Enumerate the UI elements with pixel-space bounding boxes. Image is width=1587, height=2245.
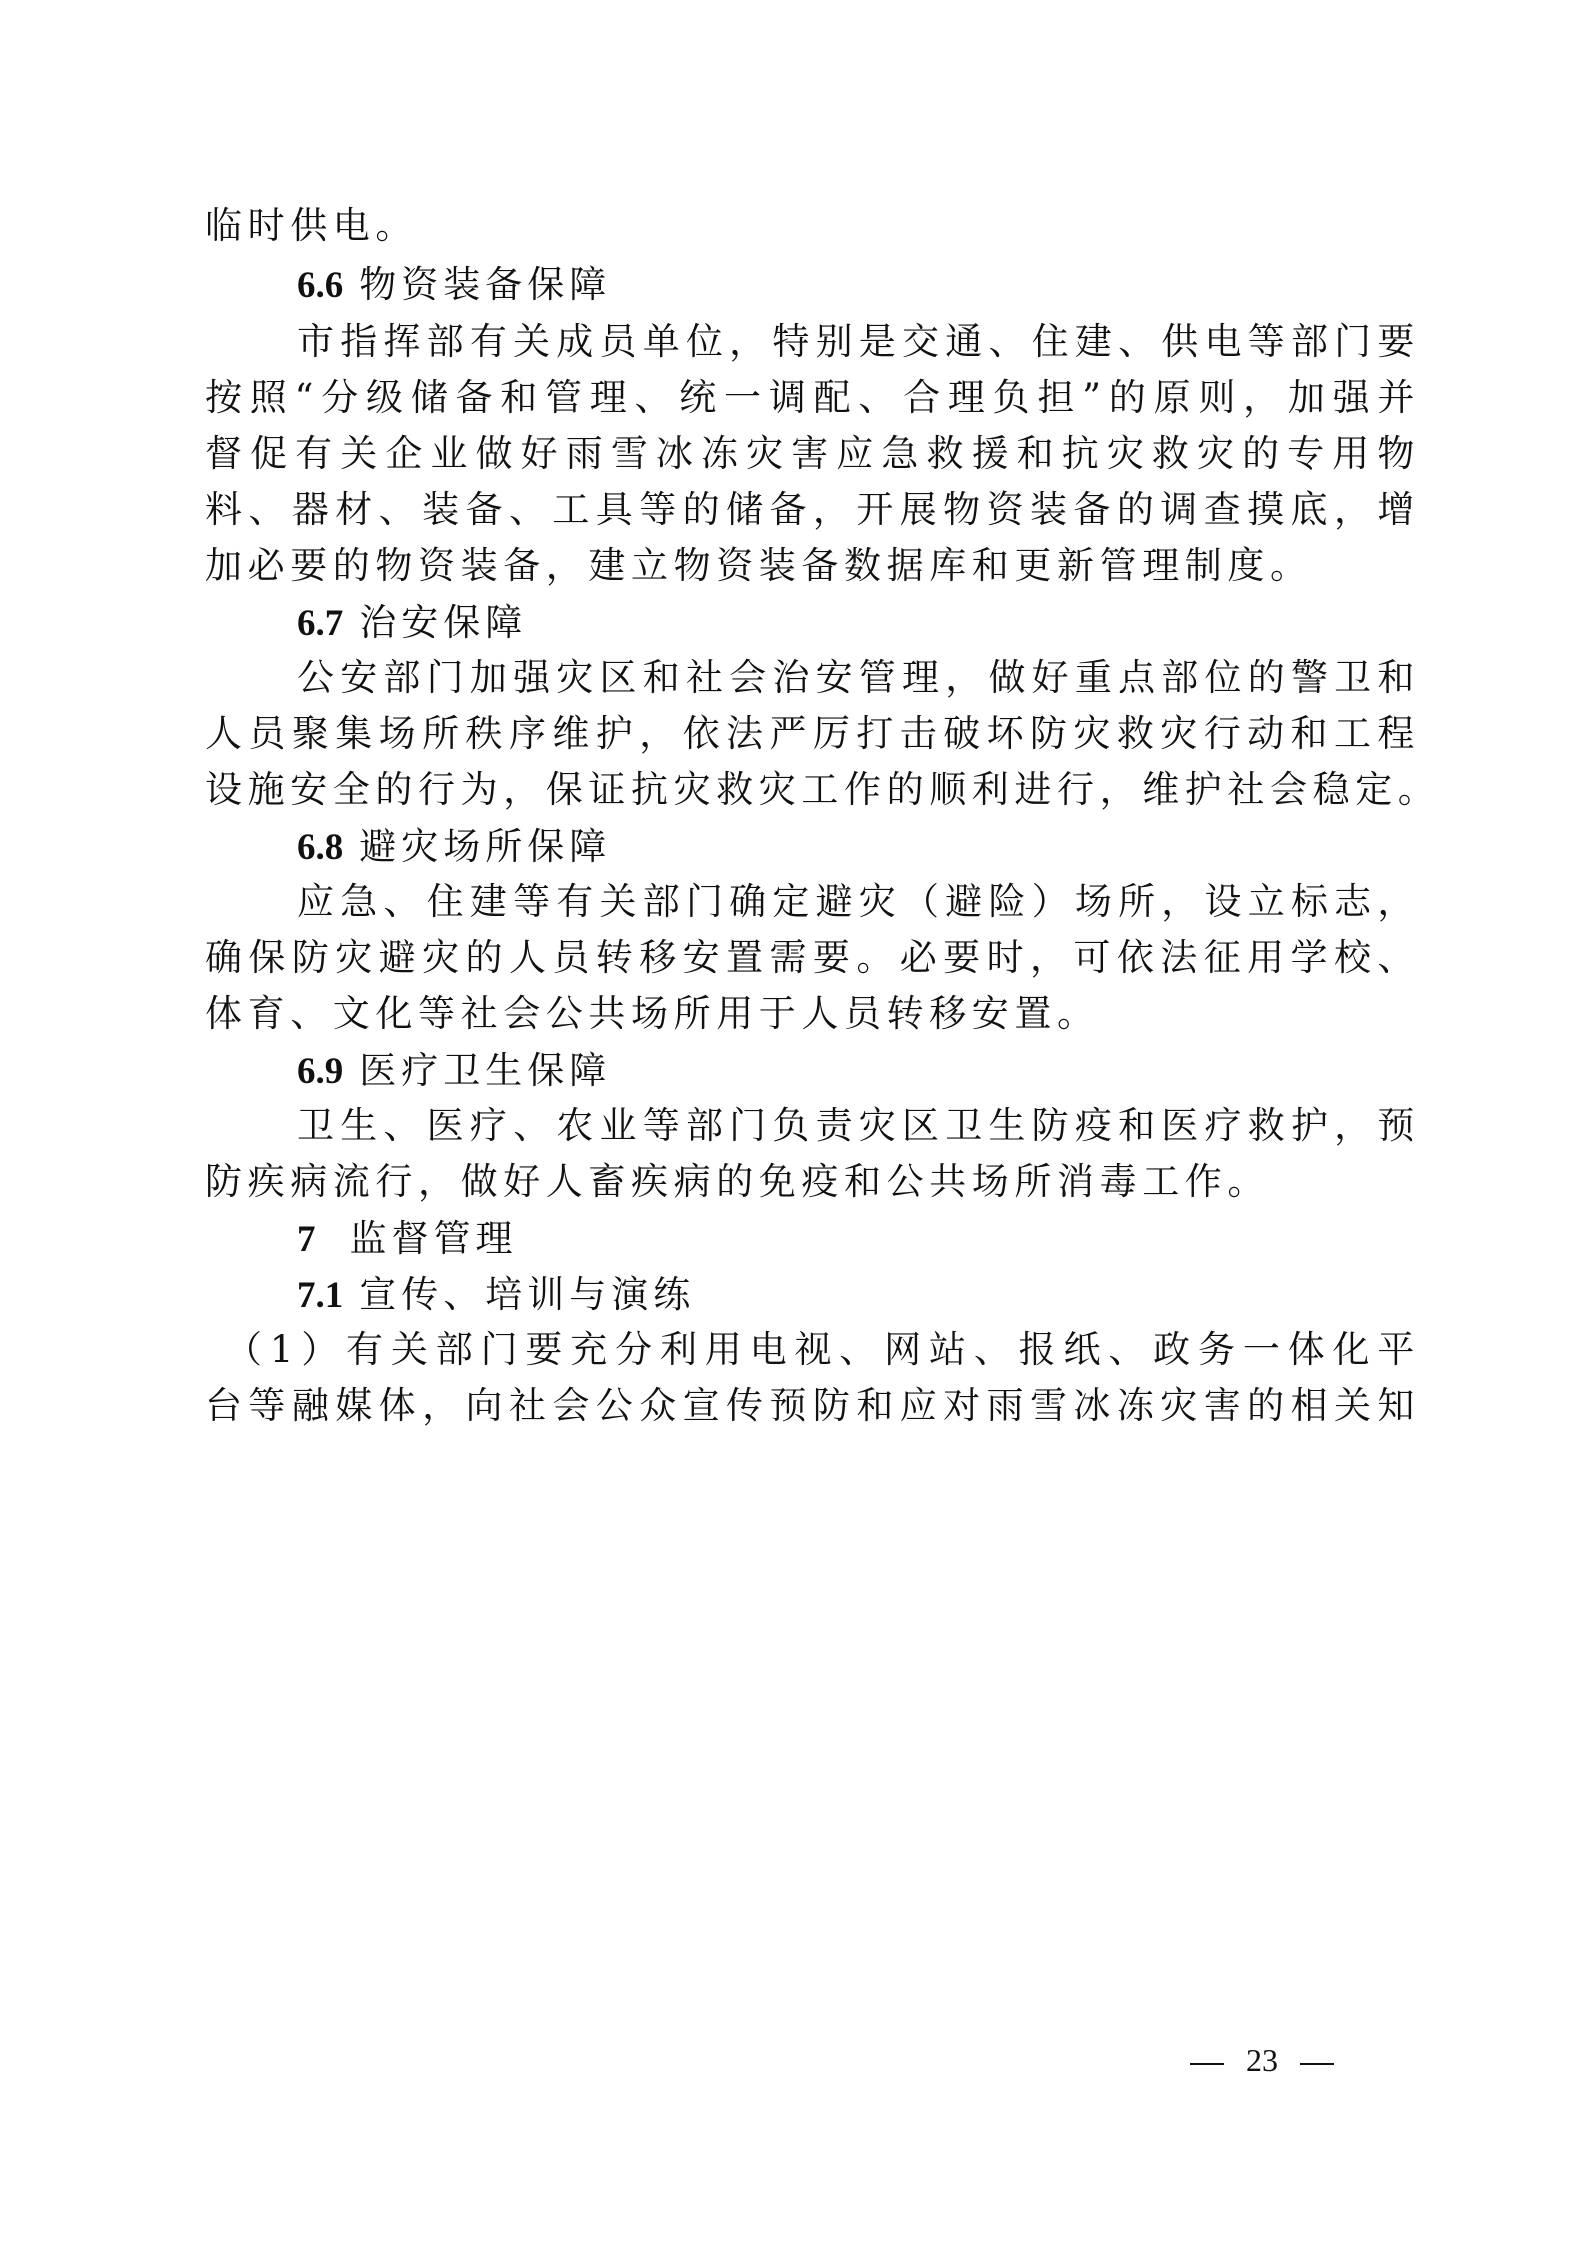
section-title: 治安保障 (359, 601, 527, 644)
section-heading-6-7: 6.7治安保障 (297, 596, 527, 650)
chapter-number: 7 (297, 1219, 316, 1260)
page-number: 23 (1246, 2042, 1278, 2078)
paragraph-line: 料、器材、装备、工具等的储备，开展物资装备的调查摸底，增 (205, 484, 1420, 536)
paragraph-line: 市指挥部有关成员单位，特别是交通、住建、供电等部门要 (297, 316, 1420, 368)
chapter-title: 监督管理 (350, 1217, 518, 1260)
section-number: 6.9 (297, 1051, 343, 1092)
section-heading-6-9: 6.9医疗卫生保障 (297, 1044, 611, 1098)
section-heading-7-1: 7.1宣传、培训与演练 (297, 1268, 695, 1322)
section-number: 6.7 (297, 603, 343, 644)
page-number-footer: 23 (1190, 2040, 1334, 2080)
section-title: 医疗卫生保障 (359, 1049, 611, 1092)
paragraph-line: 体育、文化等社会公共场所用于人员转移安置。 (205, 988, 1420, 1040)
section-heading-6-8: 6.8避灾场所保障 (297, 820, 611, 874)
paragraph-line: 确保防灾避灾的人员转移安置需要。必要时，可依法征用学校、 (205, 932, 1420, 984)
paragraph-line: 临时供电。 (205, 200, 1420, 252)
section-number: 6.6 (297, 265, 343, 306)
dash-decoration (1300, 2063, 1334, 2065)
paragraph-line: 台等融媒体，向社会公众宣传预防和应对雨雪冰冻灾害的相关知 (205, 1380, 1420, 1432)
paragraph-line: 设施安全的行为，保证抗灾救灾工作的顺利进行，维护社会稳定。 (205, 764, 1420, 816)
section-heading-6-6: 6.6物资装备保障 (297, 258, 611, 312)
section-title: 宣传、培训与演练 (359, 1273, 695, 1316)
section-number: 7.1 (297, 1275, 343, 1316)
paragraph-line: 应急、住建等有关部门确定避灾（避险）场所，设立标志， (297, 876, 1420, 928)
paragraph-line: 卫生、医疗、农业等部门负责灾区卫生防疫和医疗救护，预 (297, 1100, 1420, 1152)
paragraph-line: 加必要的物资装备，建立物资装备数据库和更新管理制度。 (205, 540, 1420, 592)
chapter-heading-7: 7监督管理 (297, 1212, 518, 1266)
paragraph-line: 人员聚集场所秩序维护，依法严厉打击破坏防灾救灾行动和工程 (205, 708, 1420, 760)
paragraph-line: 公安部门加强灾区和社会治安管理，做好重点部位的警卫和 (297, 652, 1420, 704)
section-number: 6.8 (297, 827, 343, 868)
document-page: 临时供电。 6.6物资装备保障 市指挥部有关成员单位，特别是交通、住建、供电等部… (0, 0, 1587, 2245)
paragraph-line: （1）有关部门要充分利用电视、网站、报纸、政务一体化平 (225, 1324, 1420, 1376)
paragraph-line: 督促有关企业做好雨雪冰冻灾害应急救援和抗灾救灾的专用物 (205, 428, 1420, 480)
dash-decoration (1190, 2063, 1224, 2065)
section-title: 避灾场所保障 (359, 825, 611, 868)
section-title: 物资装备保障 (359, 263, 611, 306)
paragraph-line: 按照“分级储备和管理、统一调配、合理负担”的原则，加强并 (205, 372, 1420, 424)
paragraph-line: 防疾病流行，做好人畜疾病的免疫和公共场所消毒工作。 (205, 1156, 1420, 1208)
